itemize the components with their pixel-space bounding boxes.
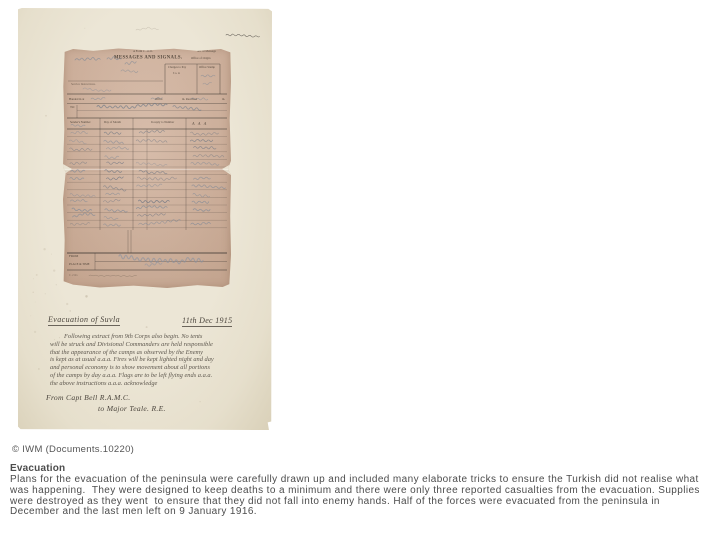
form-label-from: FROM	[69, 255, 78, 258]
note-paragraph: Following extract from 9th Corps also be…	[50, 333, 254, 388]
form-label-office: Office	[155, 98, 163, 101]
archive-photo: A Form C. 2121. No. of Message MESSAGES …	[18, 8, 272, 430]
note-signature-to: to Major Teale. R.E.	[98, 404, 166, 413]
note-signature-from: From Capt Bell R.A.M.C.	[46, 393, 130, 402]
form-label-m: m.	[222, 98, 225, 101]
handwritten-note: Evacuation of Suvla 11th Dec 1915 Follow…	[46, 307, 254, 419]
note-line: and personal economy is to show movement…	[50, 364, 254, 372]
form-label-received: m. Received	[182, 98, 197, 101]
form-label-office-of-origin: Office of Origin	[191, 57, 210, 60]
note-line: that the appearance of the camps as obse…	[50, 349, 254, 357]
form-col-in-reply: In reply to Number	[151, 121, 174, 124]
form-label-pounds: £ s. d.	[173, 72, 180, 75]
note-line: Following extract from 9th Corps also be…	[64, 333, 254, 341]
note-title: Evacuation of Suvla	[48, 315, 120, 326]
note-date: 11th Dec 1915	[182, 316, 232, 327]
note-line: is kept as at usual a.a.a. Fires will be…	[50, 356, 254, 364]
form-label-to: TO	[70, 106, 74, 109]
page: { "colors": { "paper": "#eae3d2", "form_…	[0, 0, 720, 540]
form-footer-imprint: C. 2121.	[69, 274, 78, 277]
note-line: will be struck and Divisional Commanders…	[50, 341, 254, 349]
note-line: of the camps by day a.a.a. Flags are to …	[50, 372, 254, 380]
message-form: A Form C. 2121. No. of Message MESSAGES …	[63, 48, 231, 288]
photo-caption: © IWM (Documents.10220)	[12, 444, 134, 455]
article-heading: Evacuation	[10, 463, 65, 474]
article-body: Plans for the evacuation of the peninsul…	[10, 475, 710, 518]
form-label-service-instructions: Service Instructions.	[71, 83, 96, 86]
form-label-handed-in: Handed in at	[69, 98, 84, 101]
form-label-ref: A Form C. 2121.	[133, 50, 153, 53]
form-title: MESSAGES AND SIGNALS.	[114, 55, 183, 60]
form-label-place-time: PLACE & TIME	[69, 263, 90, 266]
form-col-day-of-month: Day of Month	[104, 121, 121, 124]
note-line: the above instructions a.a.a. acknowledg…	[50, 380, 254, 388]
form-label-office-stamp: Office Stamp	[199, 66, 215, 69]
form-label-charges: Charges to Pay	[168, 66, 186, 69]
form-label-aaa: A A A	[192, 122, 207, 126]
form-col-senders-number: Sender's Number	[70, 121, 91, 124]
